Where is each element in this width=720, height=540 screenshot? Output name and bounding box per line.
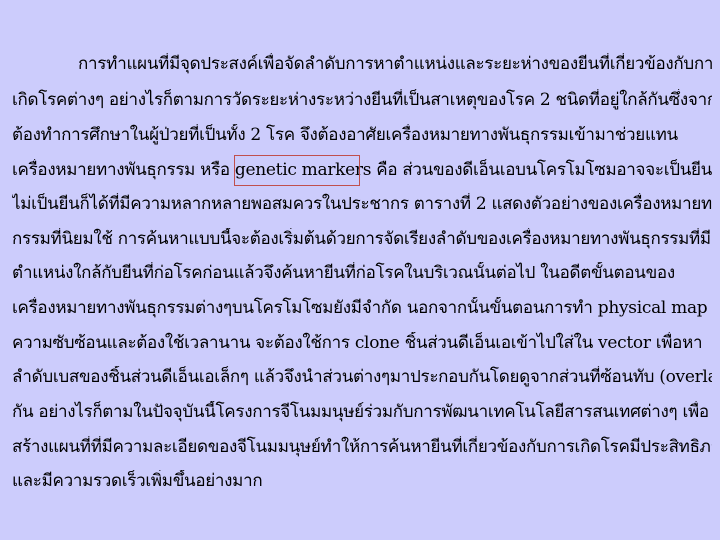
paragraph-line-13: และมีความรวดเร็วเพิ่มขึ้นอย่างมาก xyxy=(12,470,712,492)
document-slide: การทำแผนที่มีจุดประสงค์เพื่อจัดลำดับการห… xyxy=(0,0,720,540)
paragraph-line-12: สร้างแผนที่ที่มีความละเอียดของจีโนมมนุษย… xyxy=(12,436,712,458)
paragraph-line-5: ไม่เป็นยีนก็ได้ที่มีความหลากหลายพอสมควรใ… xyxy=(12,193,712,215)
paragraph-line-7: ตำแหน่งใกล้กับยีนที่ก่อโรคก่อนแล้วจึงค้น… xyxy=(12,262,712,284)
paragraph-line-9: ความซับซ้อนและต้องใช้เวลานาน จะต้องใช้กา… xyxy=(12,332,712,354)
paragraph-line-3: ต้องทำการศึกษาในผู้ป่วยที่เป็นทั้ง 2 โรค… xyxy=(12,124,712,146)
paragraph-line-11: กัน อย่างไรก็ตามในปัจจุบันนี้โครงการจีโน… xyxy=(12,401,712,423)
paragraph-line-1: การทำแผนที่มีจุดประสงค์เพื่อจัดลำดับการห… xyxy=(78,53,712,75)
paragraph-line-6: กรรมที่นิยมใช้ การค้นหาแบบนี้จะต้องเริ่ม… xyxy=(12,228,712,250)
paragraph-line-10: ลำดับเบสของชิ้นส่วนดีเอ็นเอเล็กๆ แล้วจึง… xyxy=(12,366,712,388)
genetic-markers-highlight-box xyxy=(234,155,360,186)
paragraph-line-8: เครื่องหมายทางพันธุกรรมต่างๆบนโครโมโซมยั… xyxy=(12,297,712,319)
paragraph-line-2: เกิดโรคต่างๆ อย่างไรก็ตามการวัดระยะห่างร… xyxy=(12,89,712,111)
paragraph-line-4: เครื่องหมายทางพันธุกรรม หรือ genetic mar… xyxy=(12,159,712,181)
